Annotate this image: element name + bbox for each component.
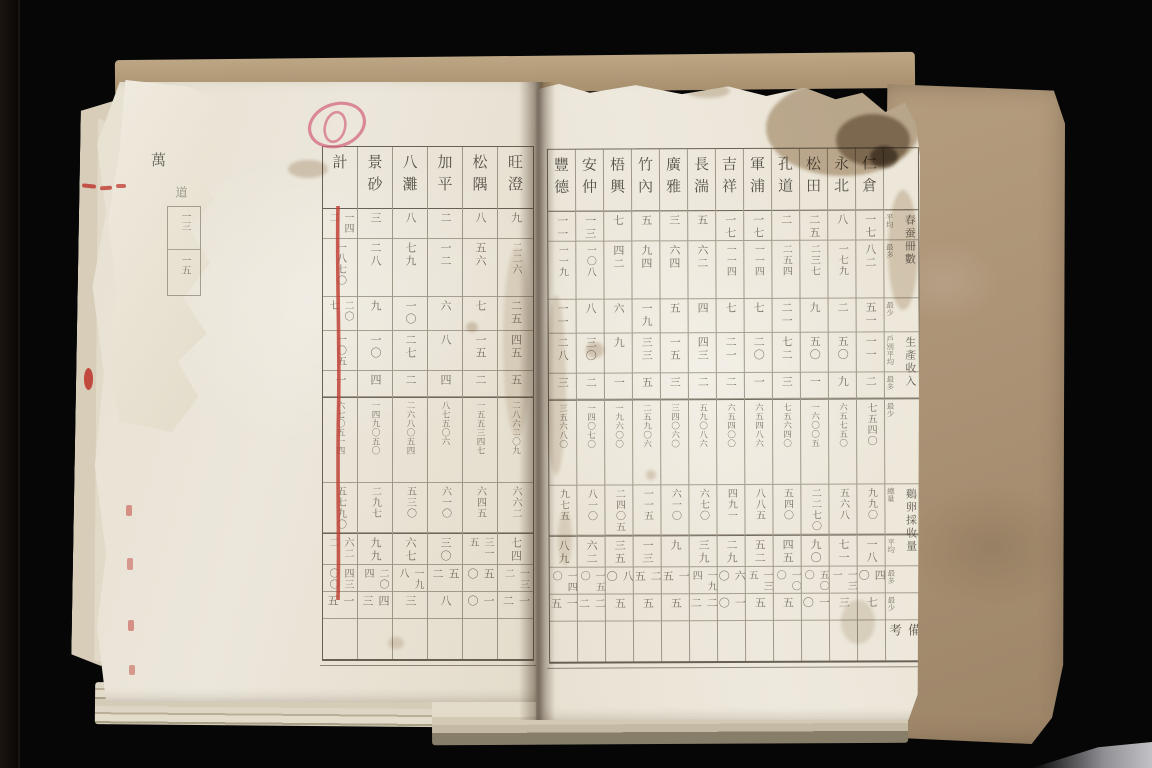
row-sublabel: 最多 <box>886 569 897 584</box>
table-cell: 二九 <box>718 535 745 567</box>
cell-value: 六五四〇〇 <box>725 403 735 448</box>
cell-value: 一七 <box>722 214 738 240</box>
cell-value: 九 <box>610 336 626 349</box>
cell-value: 二九 <box>723 539 739 565</box>
cell-value: 二四〇五 <box>611 488 626 532</box>
red-circle-mark <box>304 96 370 153</box>
table-cell: 七五六四〇 <box>773 399 800 485</box>
row-sublabel: 平均 <box>886 538 897 553</box>
empty-remarks-cell <box>746 621 773 661</box>
table-cell: 三 <box>660 211 687 241</box>
table-cell: 三 <box>830 593 857 620</box>
cell-value: 五 <box>639 597 655 610</box>
right-page-table: 豐德一一一一九一一二八三三五六八〇九七五八九一四〇一五安仲一三一〇八八三〇二一四… <box>547 147 921 664</box>
row-sublabel: 最少 <box>885 301 896 316</box>
table-cell: 五六八 <box>829 484 856 534</box>
cell-value: 二五 <box>634 570 661 593</box>
cell-value: 三 <box>666 214 682 227</box>
column-header: 竹內 <box>632 149 659 211</box>
row-sublabel: 最少 <box>886 596 897 611</box>
table-cell: 二 <box>829 298 856 332</box>
row-sublabel: 戶別平均 <box>885 335 896 365</box>
cell-value: 一九四 <box>690 570 717 593</box>
column-header-text: 梧興 <box>607 156 628 200</box>
cell-value: 五 <box>638 214 654 227</box>
column-header: 永北 <box>828 148 855 210</box>
table-column: 吉祥一七一一四七二一二六五四〇〇四九一二九六〇一〇 <box>716 149 746 661</box>
table-column: 仁倉一七八二五一一一二七五四〇九九〇一八四〇七 <box>856 148 886 660</box>
table-cell: 七 <box>604 211 631 241</box>
table-cell: 三九 <box>690 535 717 567</box>
table-cell: 二五九〇六 <box>633 399 660 485</box>
table-cell: 一三一 <box>830 566 857 593</box>
table-cell: 五 <box>661 299 688 333</box>
table-cell: 六〇 <box>718 567 745 594</box>
table-cell: 七 <box>745 299 772 333</box>
cell-value: 三三 <box>638 336 654 362</box>
table-cell: 六五四〇〇 <box>717 399 744 485</box>
empty-remarks-cell <box>690 621 717 661</box>
cell-value: 三 <box>835 596 851 609</box>
cell-value: 一三 <box>639 539 655 565</box>
table-cell: 六 <box>605 299 632 333</box>
table-cell: 一三 <box>634 535 661 567</box>
row-group-label: 生產收入 <box>902 336 919 480</box>
column-header: 廣雅 <box>660 149 687 211</box>
cell-value: 七 <box>722 302 738 315</box>
table-cell: 一八 <box>858 534 885 566</box>
empty-remarks-cell <box>774 621 801 661</box>
table-column: 安仲一三一〇八八三〇二一四〇七〇八一〇六二一五〇二二 <box>576 150 606 662</box>
table-column: 軍浦一七一一四七二〇一六五四八六八八五五二一三五五 <box>744 149 774 661</box>
table-cell: 九四 <box>632 241 659 299</box>
table-cell: 一六〇〇五 <box>801 399 828 485</box>
table-cell: 二 <box>857 372 884 398</box>
empty-remarks-cell <box>634 621 661 661</box>
red-edge-mark <box>129 665 135 675</box>
cell-value: 二 <box>834 301 850 314</box>
table-cell: 三五 <box>606 535 633 567</box>
cell-value: 九七五 <box>555 489 570 522</box>
table-cell: 五九〇八六 <box>689 399 716 485</box>
cell-value: 五六八 <box>835 487 850 520</box>
empty-remarks-cell <box>802 621 829 661</box>
cell-value: 一六〇〇五 <box>809 403 819 448</box>
table-cell: 九 <box>605 333 632 373</box>
cell-value: 五〇〇 <box>802 570 829 593</box>
cell-value: 五 <box>611 597 627 610</box>
column-header-text: 長湍 <box>691 156 712 200</box>
cell-value: 一〇八 <box>582 245 597 278</box>
table-cell: 三 <box>773 373 800 399</box>
table-cell: 一七 <box>744 211 771 241</box>
table-cell: 六二 <box>688 241 715 299</box>
cell-value: 一三一 <box>830 569 857 592</box>
row-sublabel: 最多 <box>885 375 896 390</box>
cell-value: 一〇 <box>718 597 745 620</box>
table-cell: 二一 <box>717 333 744 373</box>
cell-value: 一四〇七〇 <box>585 404 595 449</box>
table-cell: 三三 <box>633 333 660 373</box>
table-cell: 五〇 <box>829 332 856 372</box>
cell-value: 六二 <box>694 244 710 270</box>
cell-value: 一 <box>610 376 626 389</box>
cell-value: 一一四 <box>722 244 737 277</box>
cell-value: 五九〇八六 <box>697 403 707 448</box>
cell-value: 二五四 <box>778 244 793 277</box>
row-sublabel: 最多 <box>884 243 895 258</box>
red-strike-line <box>338 206 339 600</box>
table-cell: 一〇八 <box>576 242 603 300</box>
cell-value: 一一五 <box>639 488 654 521</box>
cell-value: 一三 <box>582 215 598 241</box>
table-cell: 四〇 <box>858 566 885 593</box>
table-cell: 二 <box>689 373 716 399</box>
table-cell: 一九六〇〇 <box>605 399 632 485</box>
table-cell: 一一五 <box>633 485 660 535</box>
cell-value: 三五六八〇 <box>557 404 567 449</box>
table-cell: 五 <box>632 211 659 241</box>
cell-value: 三 <box>666 376 682 389</box>
table-column: 松田二五二三七九五〇一一六〇〇五二二七〇九〇五〇〇一〇 <box>800 149 830 661</box>
table-cell: 八二 <box>856 240 883 298</box>
cell-value: 二二 <box>690 597 717 620</box>
table-cell: 四 <box>689 299 716 333</box>
cell-value: 二 <box>582 377 598 390</box>
cell-value: 三五 <box>611 539 627 565</box>
row-group-label: 春蚕冊數 <box>901 214 917 328</box>
table-cell: 六五七五〇 <box>829 398 856 484</box>
column-header-text: 廣雅 <box>663 156 684 200</box>
cell-value: 二二 <box>578 598 605 621</box>
table-cell: 六七〇 <box>689 485 716 535</box>
table-column: 廣雅三六四五一五三三四〇六〇六一〇九一五五 <box>660 149 690 661</box>
frame-left-edge <box>0 0 18 768</box>
red-edge-mark <box>100 186 112 191</box>
cell-value: 二五 <box>806 214 822 240</box>
table-cell: 二二 <box>690 594 717 621</box>
fragment-number: 一三 <box>177 211 192 231</box>
row-sublabel: 平均 <box>884 213 895 228</box>
red-circle-mark-inner <box>322 110 349 144</box>
right-page: 豐德一一一一九一一二八三三五六八〇九七五八九一四〇一五安仲一三一〇八八三〇二一四… <box>536 80 920 720</box>
cell-value: 九 <box>834 375 850 388</box>
table-cell: 一七 <box>716 211 743 241</box>
row-sublabel: 總量 <box>885 487 896 502</box>
cell-value: 九九〇 <box>863 487 878 520</box>
cell-value: 二三七 <box>806 244 821 277</box>
cell-value: 一五 <box>666 336 682 362</box>
table-cell: 四九一 <box>717 485 744 535</box>
red-edge-mark <box>128 620 134 631</box>
cell-value: 二二七〇 <box>807 488 822 532</box>
table-cell: 八 <box>577 300 604 334</box>
cell-value: 一九六〇〇 <box>613 403 623 448</box>
table-cell: 二 <box>717 373 744 399</box>
column-header: 孔道 <box>772 149 799 211</box>
table-cell: 五二 <box>746 535 773 567</box>
table-cell: 五〇 <box>801 333 828 373</box>
table-cell: 六二 <box>578 536 605 568</box>
cell-value: 一九 <box>638 302 654 328</box>
cell-value: 六五四八六 <box>753 403 763 448</box>
cell-value: 七 <box>863 596 879 609</box>
cell-value: 四〇 <box>858 569 885 592</box>
empty-remarks-cell <box>606 621 633 661</box>
table-cell: 三〇 <box>577 334 604 374</box>
column-header: 軍浦 <box>744 149 771 211</box>
table-cell: 二五四 <box>772 241 799 299</box>
cell-value: 四五 <box>779 539 795 565</box>
column-header-text: 吉祥 <box>719 156 740 200</box>
table-cell: 五 <box>688 211 715 241</box>
column-header-text: 永北 <box>831 155 852 199</box>
cell-value: 一三五 <box>746 570 773 593</box>
cell-value: 七五四〇 <box>863 402 878 446</box>
remarks-label: 備考 <box>886 623 920 660</box>
book-gutter-shadow <box>519 82 555 720</box>
empty-remarks-cell <box>830 620 857 660</box>
cell-value: 八〇 <box>606 570 633 593</box>
cell-value: 五 <box>638 376 654 389</box>
table-cell: 一七 <box>856 210 883 240</box>
cell-value: 八一〇 <box>583 489 598 522</box>
cell-value: 三四〇六〇 <box>669 403 679 448</box>
cell-value: 五 <box>694 214 710 227</box>
cell-value: 四二 <box>610 244 626 270</box>
table-cell: 一五 <box>662 567 689 594</box>
cell-value: 五四〇 <box>779 488 794 521</box>
column-header-text: 仁倉 <box>859 155 880 199</box>
cell-value: 七 <box>610 214 626 227</box>
cell-value: 六二 <box>583 540 599 566</box>
table-cell: 二五 <box>800 211 827 241</box>
table-cell: 二 <box>577 374 604 400</box>
table-cell: 八 <box>828 210 855 240</box>
cell-value: 一八 <box>863 538 879 564</box>
cell-value: 五 <box>667 597 683 610</box>
table-cell: 五 <box>606 594 633 621</box>
table-cell: 五 <box>774 594 801 621</box>
table-column: 孔道二二五四二一七二三七五六四〇五四〇四五一〇〇五 <box>772 149 802 661</box>
column-header-text: 軍浦 <box>747 156 768 200</box>
cell-value: 九〇 <box>807 539 823 565</box>
table-cell: 一 <box>801 373 828 399</box>
cell-value: 八二 <box>862 243 878 269</box>
table-cell: 七一 <box>830 534 857 566</box>
column-header-text: 孔道 <box>775 156 796 200</box>
cell-value: 六 <box>610 302 626 315</box>
table-cell: 一 <box>745 373 772 399</box>
fragment-table-grid: 一三 一五 <box>167 206 201 296</box>
cell-value: 一〇〇 <box>774 570 801 593</box>
cell-value: 五 <box>779 597 795 610</box>
table-cell: 一三 <box>576 212 603 242</box>
cell-value: 二八 <box>554 337 570 363</box>
column-header-text: 松田 <box>803 156 824 200</box>
table-cell: 三四〇六〇 <box>661 399 688 485</box>
cell-value: 四 <box>694 302 710 315</box>
cell-value: 七二 <box>778 336 794 362</box>
cell-value: 三 <box>778 376 794 389</box>
table-cell: 一一四 <box>744 241 771 299</box>
table-cell: 八一〇 <box>577 486 604 536</box>
cell-value: 二五九〇六 <box>641 403 651 448</box>
cell-value: 五 <box>666 302 682 315</box>
cell-value: 三〇 <box>582 337 598 363</box>
table-cell: 二〇 <box>745 333 772 373</box>
table-cell: 一〇 <box>718 594 745 621</box>
table-cell: 九 <box>801 299 828 333</box>
table-cell: 一五 <box>661 333 688 373</box>
row-sublabel: 最少 <box>885 402 896 417</box>
frame-corner-reflection <box>1032 742 1152 768</box>
table-cell: 一九四 <box>690 567 717 594</box>
table-column: 永北八一七九二五〇九六五七五〇五六八七一一三一三 <box>828 148 858 660</box>
cell-value: 五二 <box>751 539 767 565</box>
row-label-column: 平均最多最少戶別平均最多最少總量平均最多最少備考春蚕冊數生產收入鷄卵採收量 <box>884 148 920 660</box>
cell-value: 六一〇 <box>667 488 682 521</box>
cell-value: 五一 <box>862 301 878 327</box>
cell-value: 二 <box>694 376 710 389</box>
column-header: 仁倉 <box>856 148 883 210</box>
table-column: 長湍五六二四四三二五九〇八六六七〇三九一九四二二 <box>688 149 718 661</box>
table-cell: 九 <box>829 372 856 398</box>
table-cell: 二一 <box>773 299 800 333</box>
cell-value: 六五七五〇 <box>837 403 847 448</box>
table-cell: 一一四 <box>716 241 743 299</box>
cell-value: 九 <box>667 539 683 552</box>
cell-value: 二 <box>722 376 738 389</box>
cell-value: 二 <box>862 375 878 388</box>
fragment-char: 道 <box>173 186 190 198</box>
cell-value: 四三 <box>694 336 710 362</box>
red-edge-mark <box>127 558 133 570</box>
column-header-text: 竹內 <box>635 156 656 200</box>
cell-value: 六〇 <box>718 570 745 593</box>
red-edge-mark <box>116 184 126 188</box>
table-cell: 七 <box>858 593 885 620</box>
table-cell: 五 <box>634 594 661 621</box>
column-header: 松田 <box>800 149 827 211</box>
empty-remarks-cell <box>662 621 689 661</box>
table-cell: 五 <box>746 594 773 621</box>
table-cell: 六一〇 <box>661 485 688 535</box>
frame-seam <box>18 0 20 768</box>
row-group-label: 鷄卵採收量 <box>902 488 919 616</box>
cell-value: 九四 <box>638 244 654 270</box>
cell-value: 九 <box>806 302 822 315</box>
cell-value: 一一 <box>554 215 570 241</box>
fragment-number: 一五 <box>177 255 192 275</box>
table-column: 梧興七四二六九一一九六〇〇二四〇五三五八〇五 <box>604 149 634 661</box>
cell-value: 一一 <box>862 335 878 361</box>
cell-value: 七五六四〇 <box>781 403 791 448</box>
table-cell: 一一 <box>857 332 884 372</box>
table-cell: 二五 <box>634 567 661 594</box>
cell-value: 五〇 <box>834 335 850 361</box>
cell-value: 四九一 <box>723 488 738 521</box>
table-cell: 九〇 <box>802 535 829 567</box>
table-cell: 一五〇 <box>578 568 605 595</box>
cell-value: 六四 <box>666 244 682 270</box>
column-header-text: 安仲 <box>579 157 600 201</box>
table-cell: 一四〇七〇 <box>577 400 604 486</box>
cell-value: 五〇 <box>806 336 822 362</box>
column-header: 吉祥 <box>716 149 743 211</box>
table-cell: 二二 <box>578 595 605 622</box>
cell-value: 八 <box>582 303 598 316</box>
cell-value: 五 <box>751 597 767 610</box>
table-cell: 九九〇 <box>857 484 884 534</box>
table-cell: 三 <box>661 373 688 399</box>
cell-value: 二一 <box>722 336 738 362</box>
table-cell: 五 <box>662 594 689 621</box>
table-cell: 一九 <box>633 299 660 333</box>
column-header: 梧興 <box>604 149 631 211</box>
table-cell: 八〇 <box>606 567 633 594</box>
cell-value: 八 <box>834 213 850 226</box>
table-cell: 二三七 <box>800 241 827 299</box>
empty-remarks-cell <box>578 622 605 662</box>
table-cell: 六四 <box>660 241 687 299</box>
table-cell: 四二 <box>604 241 631 299</box>
fragment-grid-line <box>168 249 200 250</box>
photo-backdrop: 計一四二一八七〇二〇七一〇五一六七〇五一四五七九〇六二二四三〇〇一五景砂三二八九… <box>0 0 1152 768</box>
column-header: 長湍 <box>688 149 715 211</box>
empty-remarks-cell <box>858 620 885 660</box>
cell-value: 七一 <box>835 538 851 564</box>
remarks-cell: 備考 <box>886 620 920 660</box>
table-cell: 一 <box>605 373 632 399</box>
stub-header <box>884 148 918 210</box>
table-cell: 四五 <box>774 535 801 567</box>
cell-value: 一〇 <box>802 597 829 620</box>
table-cell: 六五四八六 <box>745 399 772 485</box>
cell-value: 三九 <box>695 539 711 565</box>
cell-value: 二 <box>778 214 794 227</box>
cell-value: 一五 <box>662 570 689 593</box>
cell-value: 六七〇 <box>695 488 710 521</box>
table-cell: 七 <box>717 299 744 333</box>
empty-remarks-cell <box>718 621 745 661</box>
cell-value: 一 <box>750 376 766 389</box>
cell-value: 七 <box>750 302 766 315</box>
table-cell: 一〇〇 <box>774 567 801 594</box>
cell-value: 八九 <box>555 540 571 566</box>
column-header: 安仲 <box>576 150 603 212</box>
table-cell: 五 <box>633 373 660 399</box>
cell-value: 一七九 <box>834 243 849 276</box>
cell-value: 三 <box>554 377 570 390</box>
cell-value: 一一九 <box>554 245 569 278</box>
table-cell: 八八五 <box>745 485 772 535</box>
table-cell: 五四〇 <box>773 485 800 535</box>
red-blob-mark <box>84 368 93 390</box>
table-cell: 一七九 <box>828 240 855 298</box>
cell-value: 二〇 <box>750 336 766 362</box>
table-cell: 二四〇五 <box>605 485 632 535</box>
table-cell: 五一 <box>857 298 884 332</box>
table-cell: 四三 <box>689 333 716 373</box>
red-edge-mark <box>126 505 132 516</box>
cell-value: 二一 <box>778 302 794 328</box>
cell-value: 一五〇 <box>578 571 605 594</box>
cell-value: 一一四 <box>750 244 765 277</box>
cell-value: 一七 <box>862 213 878 239</box>
table-cell: 九 <box>662 535 689 567</box>
table-cell: 一〇 <box>802 594 829 621</box>
